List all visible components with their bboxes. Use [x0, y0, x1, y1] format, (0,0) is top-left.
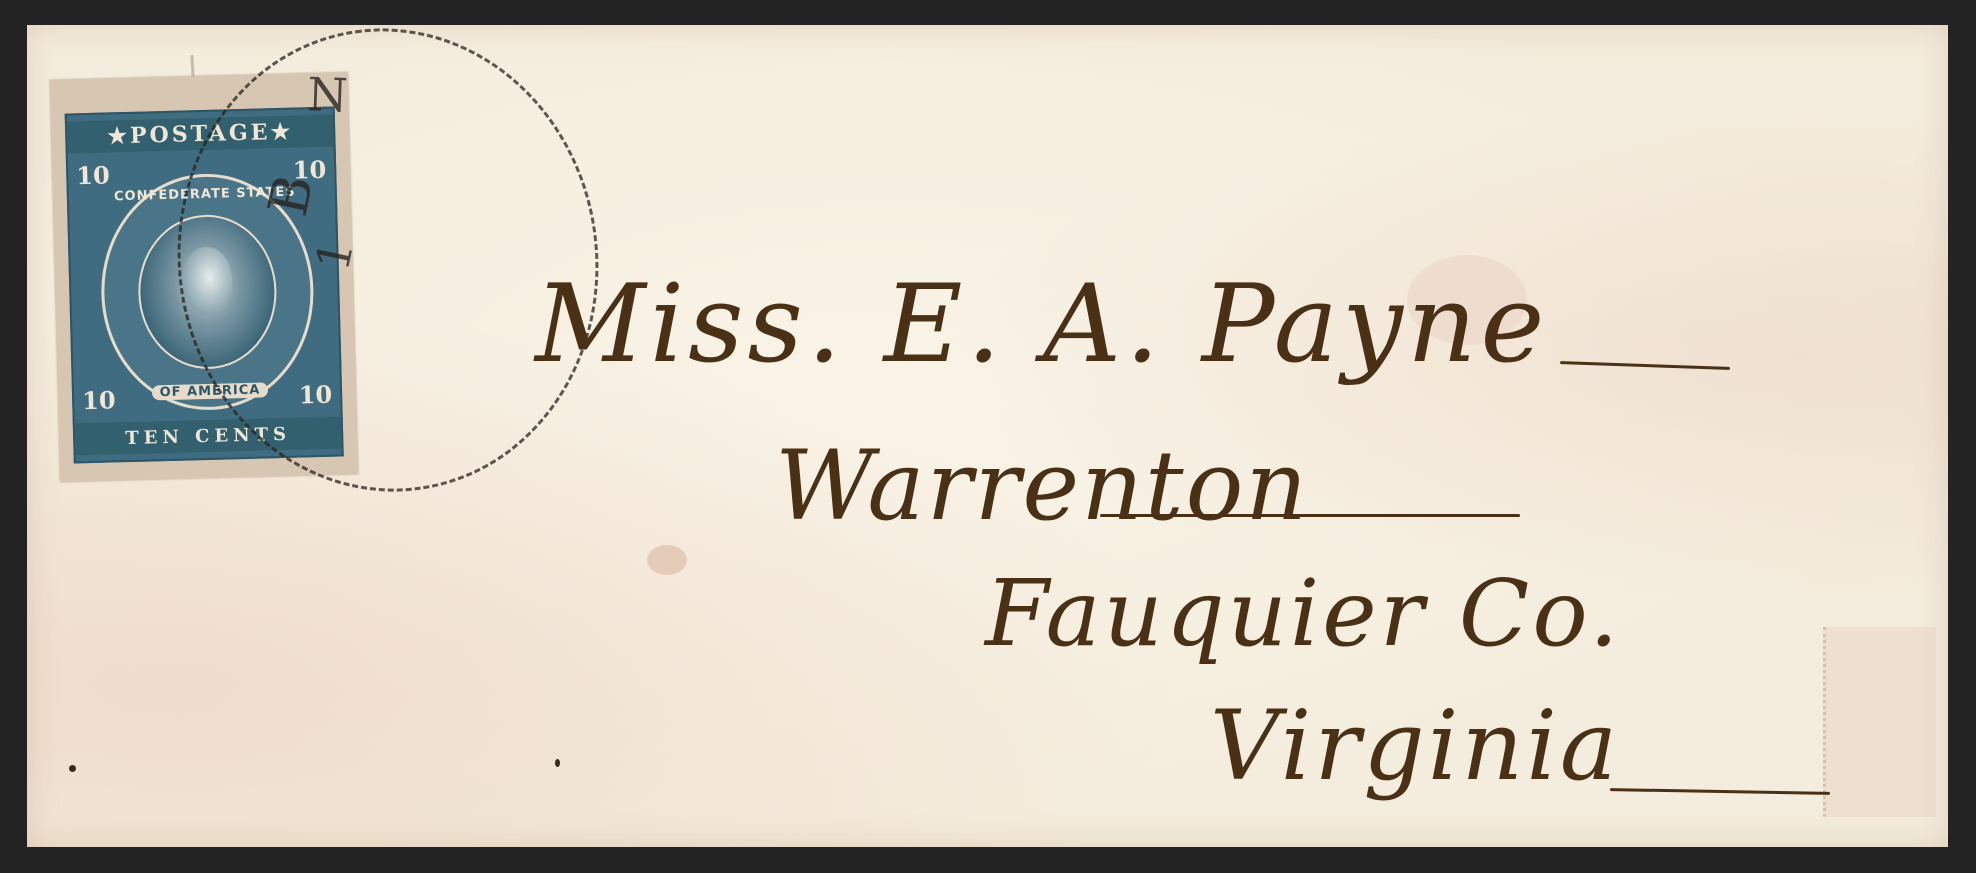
ink-flourish — [1100, 514, 1520, 517]
postmark-letter: N — [306, 67, 348, 122]
paper-stain — [647, 545, 687, 575]
postmark-letter: 1 — [305, 235, 364, 275]
stamp-corner-value: 10 — [76, 160, 110, 190]
stamp-ghost-mark — [1823, 627, 1936, 817]
address-line-state: Virginia — [1210, 690, 1620, 802]
address-line-county: Fauquier Co. — [985, 560, 1621, 667]
address-line-city: Warrenton — [775, 430, 1309, 542]
ink-speck — [555, 759, 560, 767]
postmark-letter: B — [256, 169, 326, 221]
ink-speck — [69, 765, 76, 772]
address-line-recipient: Miss. E. A. Payne — [535, 262, 1548, 387]
